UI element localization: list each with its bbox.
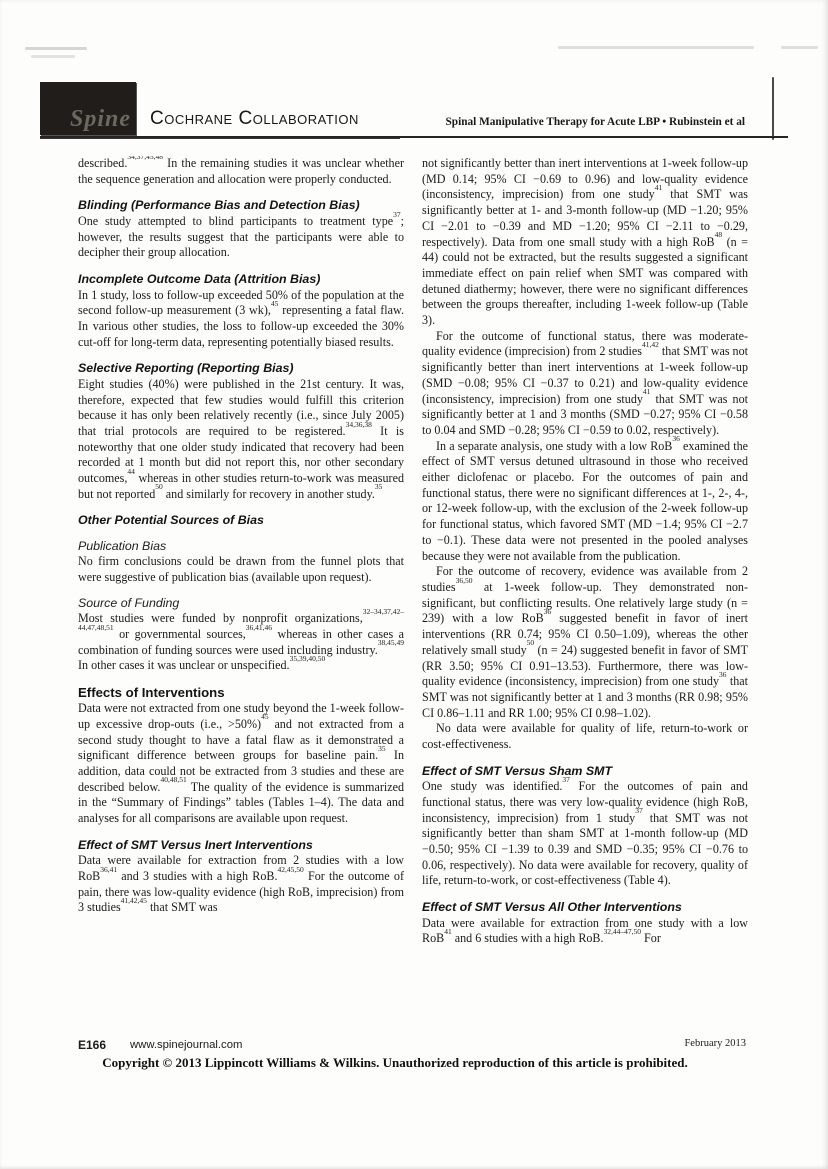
header-rule-thick (40, 138, 400, 139)
scan-artifact (25, 47, 87, 50)
body-paragraph: For the outcome of functional status, th… (422, 329, 748, 439)
right-column: not significantly better than inert inte… (422, 156, 748, 1022)
body-paragraph: For the outcome of recovery, evidence wa… (422, 564, 748, 721)
body-paragraph: No firm conclusions could be drawn from … (78, 554, 404, 585)
section-heading: Effects of Interventions (78, 685, 404, 701)
body-paragraph: In a separate analysis, one study with a… (422, 439, 748, 565)
left-column: described.34,37,45,48 In the remaining s… (78, 156, 404, 1022)
scan-artifact (558, 46, 754, 49)
copyright-notice: Copyright © 2013 Lippincott Williams & W… (0, 1055, 790, 1071)
body-paragraph: described.34,37,45,48 In the remaining s… (78, 156, 404, 187)
section-heading: Blinding (Performance Bias and Detection… (78, 198, 404, 214)
page-number: E166 (78, 1038, 106, 1052)
collaboration-title: Cochrane Collaboration (150, 108, 359, 130)
spine-logo-text: Spine (70, 106, 131, 133)
section-heading: Incomplete Outcome Data (Attrition Bias) (78, 272, 404, 288)
section-heading: Publication Bias (78, 539, 404, 555)
section-heading: Effect of SMT Versus Sham SMT (422, 764, 748, 780)
running-title: Spinal Manipulative Therapy for Acute LB… (446, 116, 746, 128)
scan-artifact (31, 55, 75, 58)
page-footer: E166 www.spinejournal.com February 2013 … (0, 1038, 828, 1054)
body-paragraph: Data were available for extraction from … (78, 853, 404, 916)
body-paragraph: Most studies were funded by nonprofit or… (78, 611, 404, 674)
issue-date: February 2013 (684, 1038, 746, 1049)
body-paragraph: Data were not extracted from one study b… (78, 701, 404, 827)
scan-artifact (781, 46, 818, 49)
scan-artifact (772, 77, 774, 140)
body-paragraph: One study was identified.37 For the outc… (422, 779, 748, 889)
section-heading: Effect of SMT Versus All Other Intervent… (422, 900, 748, 916)
section-heading: Other Potential Sources of Bias (78, 513, 404, 529)
journal-website-link[interactable]: www.spinejournal.com (130, 1039, 242, 1051)
body-paragraph: In 1 study, loss to follow-up exceeded 5… (78, 288, 404, 351)
body-paragraph: One study attempted to blind participant… (78, 214, 404, 261)
section-heading: Source of Funding (78, 596, 404, 612)
section-heading: Effect of SMT Versus Inert Interventions (78, 838, 404, 854)
body-paragraph: Eight studies (40%) were published in th… (78, 377, 404, 503)
body-paragraph: No data were available for quality of li… (422, 721, 748, 752)
article-body: described.34,37,45,48 In the remaining s… (78, 156, 748, 1022)
spine-journal-logo: Spine (40, 82, 136, 135)
section-heading: Selective Reporting (Reporting Bias) (78, 361, 404, 377)
body-paragraph: Data were available for extraction from … (422, 916, 748, 947)
body-paragraph: not significantly better than inert inte… (422, 156, 748, 329)
journal-page: Spine Cochrane Collaboration Spinal Mani… (0, 0, 828, 1169)
